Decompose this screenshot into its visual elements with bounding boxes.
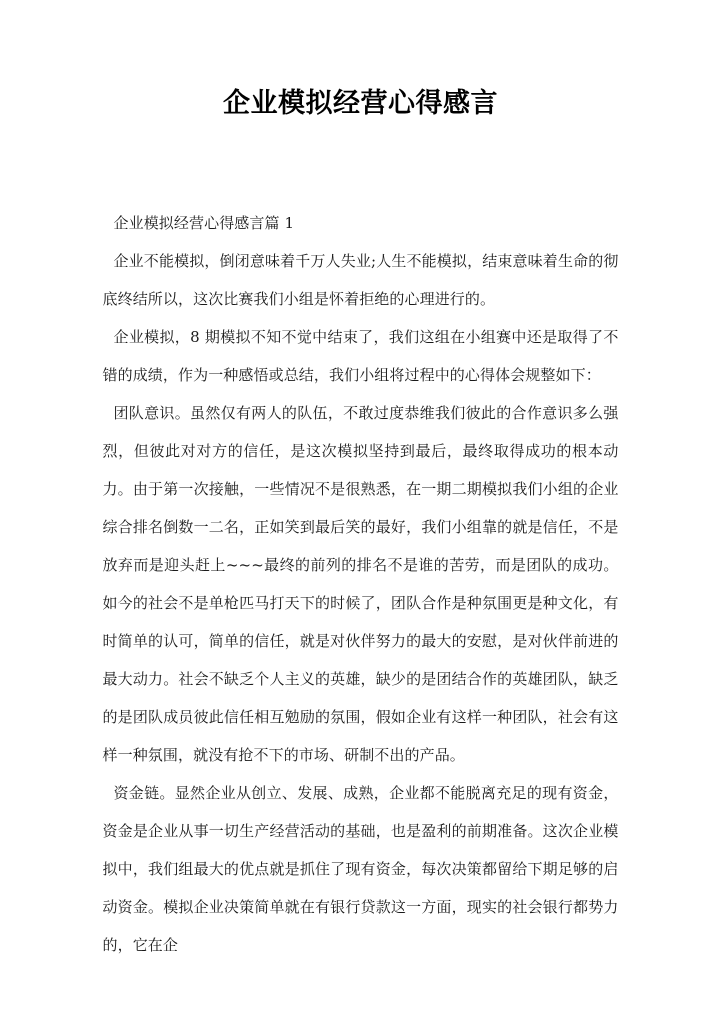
paragraph-team-awareness: 团队意识。虽然仅有两人的队伍，不敢过度恭维我们彼此的合作意识多么强烈，但彼此对对…	[103, 394, 619, 774]
paragraph-capital-chain: 资金链。显然企业从创立、发展、成熟，企业都不能脱离充足的现有资金，资金是企业从事…	[103, 774, 619, 964]
document-page: 企业模拟经营心得感言 企业模拟经营心得感言篇 1 企业不能模拟，倒闭意味着千万人…	[0, 0, 721, 1020]
document-title: 企业模拟经营心得感言	[0, 0, 721, 120]
paragraph-section-heading: 企业模拟经营心得感言篇 1	[103, 204, 619, 242]
document-body: 企业模拟经营心得感言篇 1 企业不能模拟，倒闭意味着千万人失业;人生不能模拟，结…	[103, 204, 619, 964]
paragraph-summary-lead: 企业模拟，8 期模拟不知不觉中结束了，我们这组在小组赛中还是取得了不错的成绩，作…	[103, 318, 619, 394]
paragraph-intro: 企业不能模拟，倒闭意味着千万人失业;人生不能模拟，结束意味着生命的彻底终结所以，…	[103, 242, 619, 318]
